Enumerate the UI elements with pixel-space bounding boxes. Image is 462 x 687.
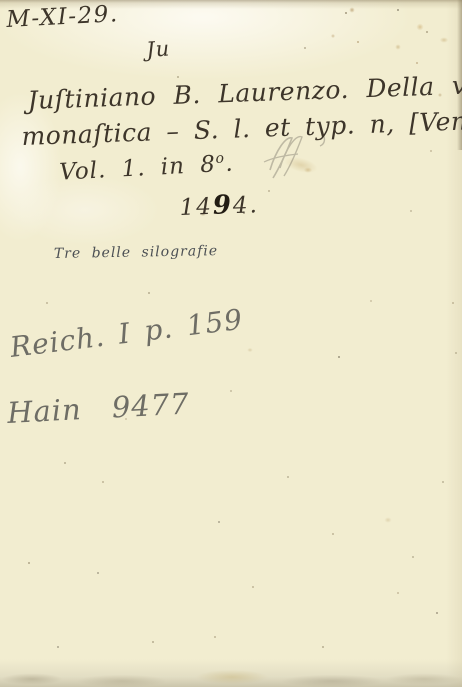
- filing-heading: Ju: [146, 38, 171, 61]
- catalog-card-scan: M-XI-29. Ju Juſtiniano B. Laurenzo. Dell…: [0, 0, 462, 687]
- year-suffix: 4.: [232, 192, 259, 219]
- volume-period: .: [225, 151, 235, 177]
- publication-year: 1494.: [179, 191, 259, 220]
- reference-reichling: Reich. I p. 159: [9, 306, 245, 362]
- paper-right-shading: [446, 0, 462, 687]
- shelfmark: M-XI-29.: [6, 3, 119, 32]
- paper-speckles: [0, 0, 2, 2]
- year-prefix: 14: [179, 194, 213, 221]
- paper-smudge: [283, 154, 319, 176]
- title-line-1: Juſtiniano B. Laurenzo. Della vita: [27, 71, 462, 113]
- paper-light-patch-left-lower: [10, 175, 160, 245]
- volume-text: Vol. 1. in 8: [59, 151, 217, 185]
- volume-format-line: Vol. 1. in 8o.: [59, 151, 235, 185]
- paper-bottom-stain: [0, 659, 462, 687]
- reference-hain: Hain 9477: [6, 389, 190, 428]
- year-overwritten-digit: 9: [212, 190, 233, 221]
- illustration-note: Tre belle silografie: [54, 244, 218, 261]
